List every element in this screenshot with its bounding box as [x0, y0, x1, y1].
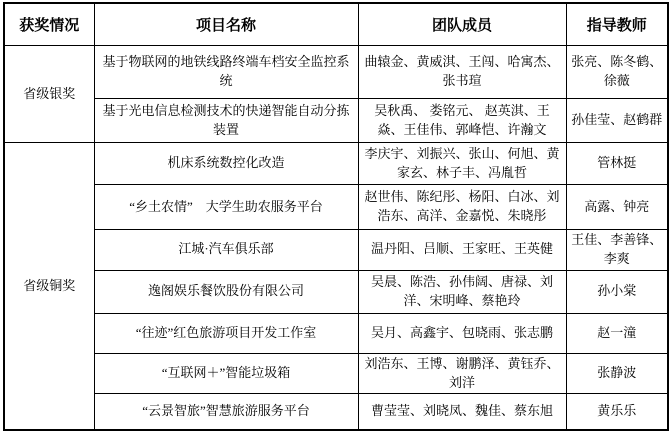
- table-row: 逸阁娱乐餐饮股份有限公司 吴晨、陈浩、孙伟阔、唐禄、刘洋、宋明峰、蔡艳玲 孙小棠: [4, 270, 668, 313]
- advisors-cell: 赵一潼: [566, 313, 668, 353]
- team-cell: 曲辕金、黄威淇、王闯、哈寓杰、张书瑄: [358, 46, 566, 99]
- header-award-status: 获奖情况: [4, 3, 94, 46]
- team-cell: 曹莹莹、刘晓凤、魏佳、蔡东旭: [358, 394, 566, 430]
- table-row: 省级铜奖 机床系统数控化改造 李庆宇、刘振兴、张山、何旭、黄家玄、林子丰、冯胤哲…: [4, 143, 668, 185]
- advisors-cell: 王佳、李善锋、李爽: [566, 230, 668, 271]
- project-cell: 基于光电信息检测技术的快递智能自动分拣装置: [94, 99, 358, 143]
- table-row: “往迹”红色旅游项目开发工作室 吴月、高鑫宇、包晓雨、张志鹏 赵一潼: [4, 313, 668, 353]
- team-cell: 吴月、高鑫宇、包晓雨、张志鹏: [358, 313, 566, 353]
- header-project-name: 项目名称: [94, 3, 358, 46]
- advisors-cell: 孙小棠: [566, 270, 668, 313]
- team-cell: 李庆宇、刘振兴、张山、何旭、黄家玄、林子丰、冯胤哲: [358, 143, 566, 185]
- advisors-cell: 高露、钟亮: [566, 185, 668, 230]
- team-cell: 吴晨、陈浩、孙伟阔、唐禄、刘洋、宋明峰、蔡艳玲: [358, 270, 566, 313]
- project-cell: 基于物联网的地铁线路终端车档安全监控系统: [94, 46, 358, 99]
- header-team-members: 团队成员: [358, 3, 566, 46]
- project-cell: “往迹”红色旅游项目开发工作室: [94, 313, 358, 353]
- project-cell: “乡土农情” 大学生助农服务平台: [94, 185, 358, 230]
- table-row: “云景智旅”智慧旅游服务平台 曹莹莹、刘晓凤、魏佳、蔡东旭 黄乐乐: [4, 394, 668, 430]
- advisors-cell: 张静波: [566, 353, 668, 394]
- header-advisors: 指导教师: [566, 3, 668, 46]
- table-row: 基于光电信息检测技术的快递智能自动分拣装置 吴秋禹、 娄铭元、 赵英淇、王焱、王…: [4, 99, 668, 143]
- team-cell: 赵世伟、陈纪彤、杨阳、白冰、刘浩东、高洋、金嘉悦、朱晓彤: [358, 185, 566, 230]
- project-cell: 逸阁娱乐餐饮股份有限公司: [94, 270, 358, 313]
- advisors-cell: 管林挺: [566, 143, 668, 185]
- table-row: 江城·汽车俱乐部 温丹阳、吕顺、王家旺、王英健 王佳、李善锋、李爽: [4, 230, 668, 271]
- project-cell: “互联网＋”智能垃圾箱: [94, 353, 358, 394]
- advisors-cell: 张亮、陈冬鹤、徐薇: [566, 46, 668, 99]
- award-table: 获奖情况 项目名称 团队成员 指导教师 省级银奖 基于物联网的地铁线路终端车档安…: [3, 2, 669, 431]
- table-row: 省级银奖 基于物联网的地铁线路终端车档安全监控系统 曲辕金、黄威淇、王闯、哈寓杰…: [4, 46, 668, 99]
- table-row: “乡土农情” 大学生助农服务平台 赵世伟、陈纪彤、杨阳、白冰、刘浩东、高洋、金嘉…: [4, 185, 668, 230]
- project-cell: 江城·汽车俱乐部: [94, 230, 358, 271]
- header-row: 获奖情况 项目名称 团队成员 指导教师: [4, 3, 668, 46]
- advisors-cell: 孙佳莹、赵鹤群: [566, 99, 668, 143]
- advisors-cell: 黄乐乐: [566, 394, 668, 430]
- team-cell: 吴秋禹、 娄铭元、 赵英淇、王焱、王佳伟、郭峰恺、许瀚文: [358, 99, 566, 143]
- award-group-bronze: 省级铜奖: [4, 143, 94, 430]
- award-group-silver: 省级银奖: [4, 46, 94, 143]
- team-cell: 温丹阳、吕顺、王家旺、王英健: [358, 230, 566, 271]
- project-cell: 机床系统数控化改造: [94, 143, 358, 185]
- team-cell: 刘浩东、王博、谢鹏泽、黄钰乔、刘洋: [358, 353, 566, 394]
- project-cell: “云景智旅”智慧旅游服务平台: [94, 394, 358, 430]
- table-row: “互联网＋”智能垃圾箱 刘浩东、王博、谢鹏泽、黄钰乔、刘洋 张静波: [4, 353, 668, 394]
